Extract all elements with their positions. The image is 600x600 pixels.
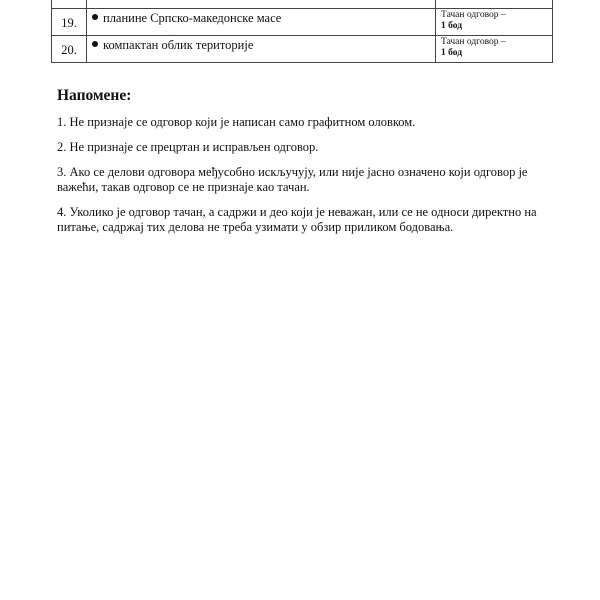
note-item-2: 2. Не признаје се прецртан и исправљен о… [57, 140, 552, 155]
points-label: Тачан одговор – [441, 37, 506, 47]
question-number: 20. [52, 36, 87, 63]
question-number: 19. [52, 9, 87, 36]
bullet-icon [92, 41, 98, 47]
points-label: Тачан одговор – [441, 10, 506, 20]
points-cell [436, 0, 553, 9]
answer-cell: планине Српско-македонске масе [87, 9, 436, 36]
points-value: 1 бод [441, 21, 552, 32]
note-item-3: 3. Ако се делови одговора међусобно искљ… [57, 165, 552, 195]
table-row-19: 19. планине Српско-македонске масе Тачан… [52, 9, 553, 36]
points-value: 1 бод [441, 48, 552, 59]
answer-key-table: 19. планине Српско-македонске масе Тачан… [51, 0, 553, 63]
answer-text: планине Српско-македонске масе [103, 11, 281, 25]
notes-heading: Напомене: [57, 87, 552, 105]
points-cell: Тачан одговор – 1 бод [436, 9, 553, 36]
bullet-icon [92, 14, 98, 20]
note-item-4: 4. Уколико је одговор тачан, а садржи и … [57, 205, 552, 235]
answer-text: компактан облик територије [103, 38, 253, 52]
question-number [52, 0, 87, 9]
table-row-previous [52, 0, 553, 9]
document-page: 19. планине Српско-македонске масе Тачан… [0, 0, 600, 600]
answer-text [87, 0, 436, 9]
answer-cell: компактан облик територије [87, 36, 436, 63]
table-row-20: 20. компактан облик територије Тачан одг… [52, 36, 553, 63]
note-item-1: 1. Не признаје се одговор који је написа… [57, 115, 552, 130]
points-cell: Тачан одговор – 1 бод [436, 36, 553, 63]
notes-section: Напомене: 1. Не признаје се одговор који… [57, 87, 552, 245]
